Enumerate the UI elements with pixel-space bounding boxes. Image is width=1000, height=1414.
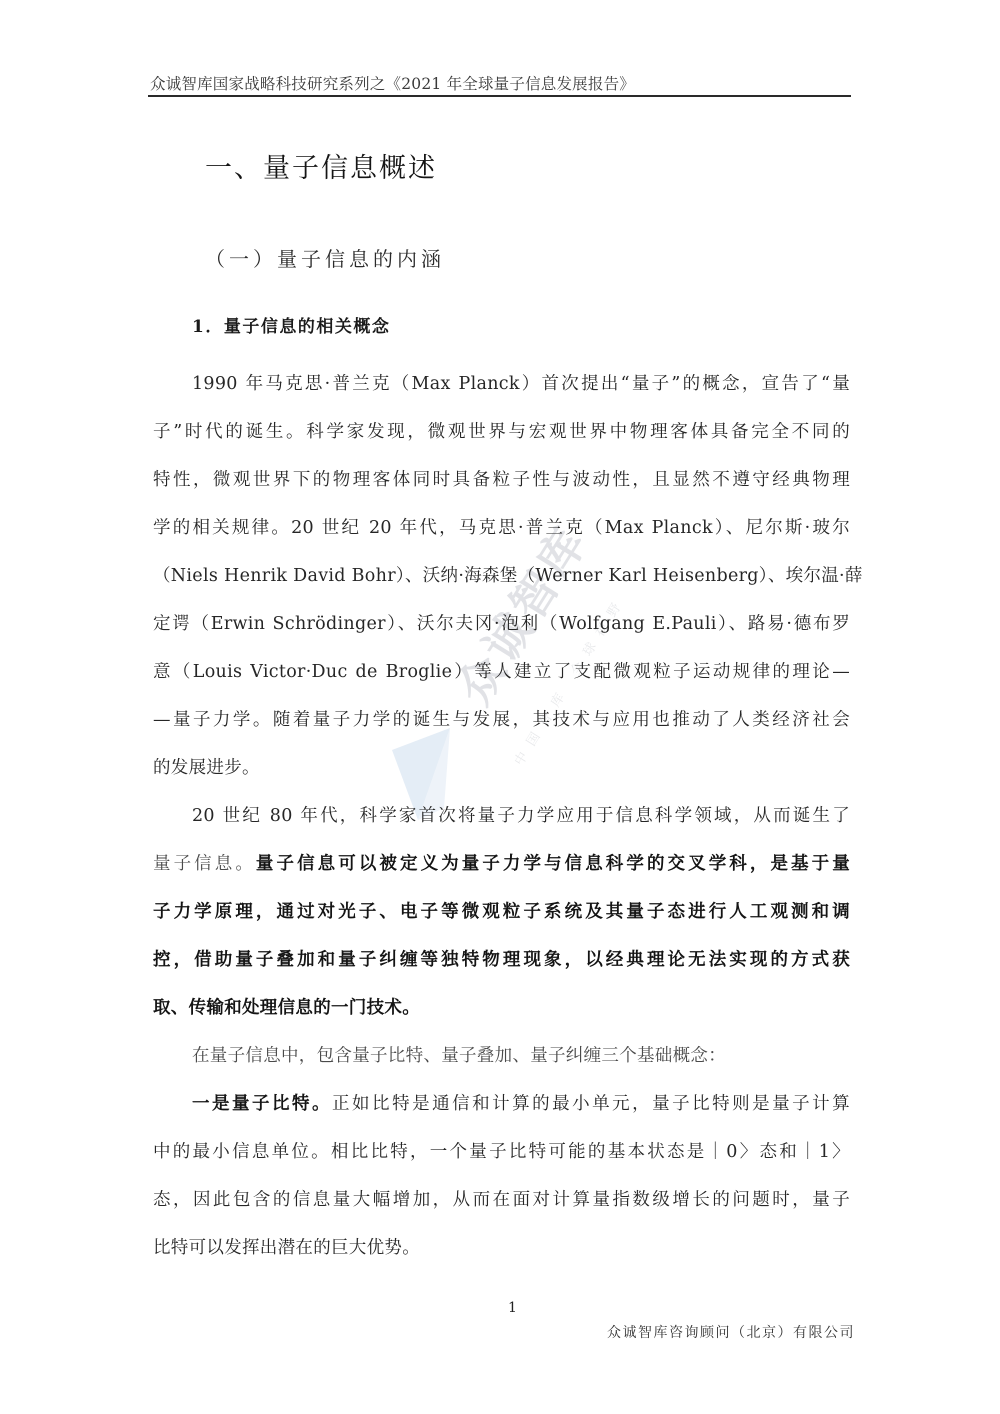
paragraph-line: 比特可以发挥出潜在的巨大优势。 [153, 1234, 850, 1259]
paragraph-line: 的发展进步。 [153, 754, 850, 779]
paragraph-line: 特性，微观世界下的物理客体同时具备粒子性与波动性，且显然不遵守经典物理 [153, 466, 850, 491]
document-page: 众诚智库国家战略科技研究系列之《2021 年全球量子信息发展报告》 一、量子信息… [0, 0, 1000, 1414]
paragraph-line: 定谔（Erwin Schrödinger）、沃尔夫冈·泡利（Wolfgang E… [153, 610, 850, 635]
bold-definition-line: 取、传输和处理信息的一门技术。 [153, 994, 850, 1019]
plain-text: 正如比特是通信和计算的最小单元，量子比特则是量子计算 [332, 1094, 850, 1114]
paragraph-line: 态，因此包含的信息量大幅增加，从而在面对计算量指数级增长的问题时，量子 [153, 1186, 850, 1211]
paragraph-line-mixed: 量子信息。量子信息可以被定义为量子力学与信息科学的交叉学科，是基于量 [153, 850, 850, 875]
header-rule [148, 95, 851, 97]
subsection-heading: （一）量子信息的内涵 [205, 243, 445, 272]
paragraph-line-mixed: 一是量子比特。正如比特是通信和计算的最小单元，量子比特则是量子计算 [192, 1090, 850, 1115]
watermark: 众诚智库 中国智库 全球视野 [380, 560, 640, 840]
paragraph-line: （Niels Henrik David Bohr）、沃纳·海森堡（Werner … [153, 562, 850, 587]
section-heading: 一、量子信息概述 [205, 146, 437, 185]
paragraph-line: 子”时代的诞生。科学家发现，微观世界与宏观世界中物理客体具备完全不同的 [153, 418, 850, 443]
sub-subsection-heading: 1．量子信息的相关概念 [192, 312, 390, 337]
running-header: 众诚智库国家战略科技研究系列之《2021 年全球量子信息发展报告》 [150, 72, 850, 94]
paragraph-line: 中的最小信息单位。相比比特，一个量子比特可能的基本状态是｜0〉态和｜1〉 [153, 1138, 850, 1163]
lead-bold-text: 一是量子比特。 [192, 1094, 332, 1114]
paragraph-line: 意（Louis Victor·Duc de Broglie）等人建立了支配微观粒… [153, 658, 850, 683]
paragraph-line: —量子力学。随着量子力学的诞生与发展，其技术与应用也推动了人类经济社会 [153, 706, 850, 731]
plain-text: 量子信息。 [153, 854, 256, 874]
bold-definition-text: 量子信息可以被定义为量子力学与信息科学的交叉学科，是基于量 [256, 854, 850, 874]
bold-definition-line: 控，借助量子叠加和量子纠缠等独特物理现象，以经典理论无法实现的方式获 [153, 946, 850, 971]
footer-company: 众诚智库咨询顾问（北京）有限公司 [607, 1322, 855, 1342]
bold-definition-line: 子力学原理，通过对光子、电子等微观粒子系统及其量子态进行人工观测和调 [153, 898, 850, 923]
paragraph-line: 1990 年马克思·普兰克（Max Planck）首次提出“量子”的概念，宣告了… [192, 370, 850, 395]
paragraph-line: 学的相关规律。20 世纪 20 年代，马克思·普兰克（Max Planck）、尼… [153, 514, 850, 539]
page-number: 1 [508, 1300, 517, 1316]
paragraph-line: 20 世纪 80 年代，科学家首次将量子力学应用于信息科学领域，从而诞生了 [192, 802, 850, 827]
paragraph-line: 在量子信息中，包含量子比特、量子叠加、量子纠缠三个基础概念： [192, 1042, 850, 1067]
